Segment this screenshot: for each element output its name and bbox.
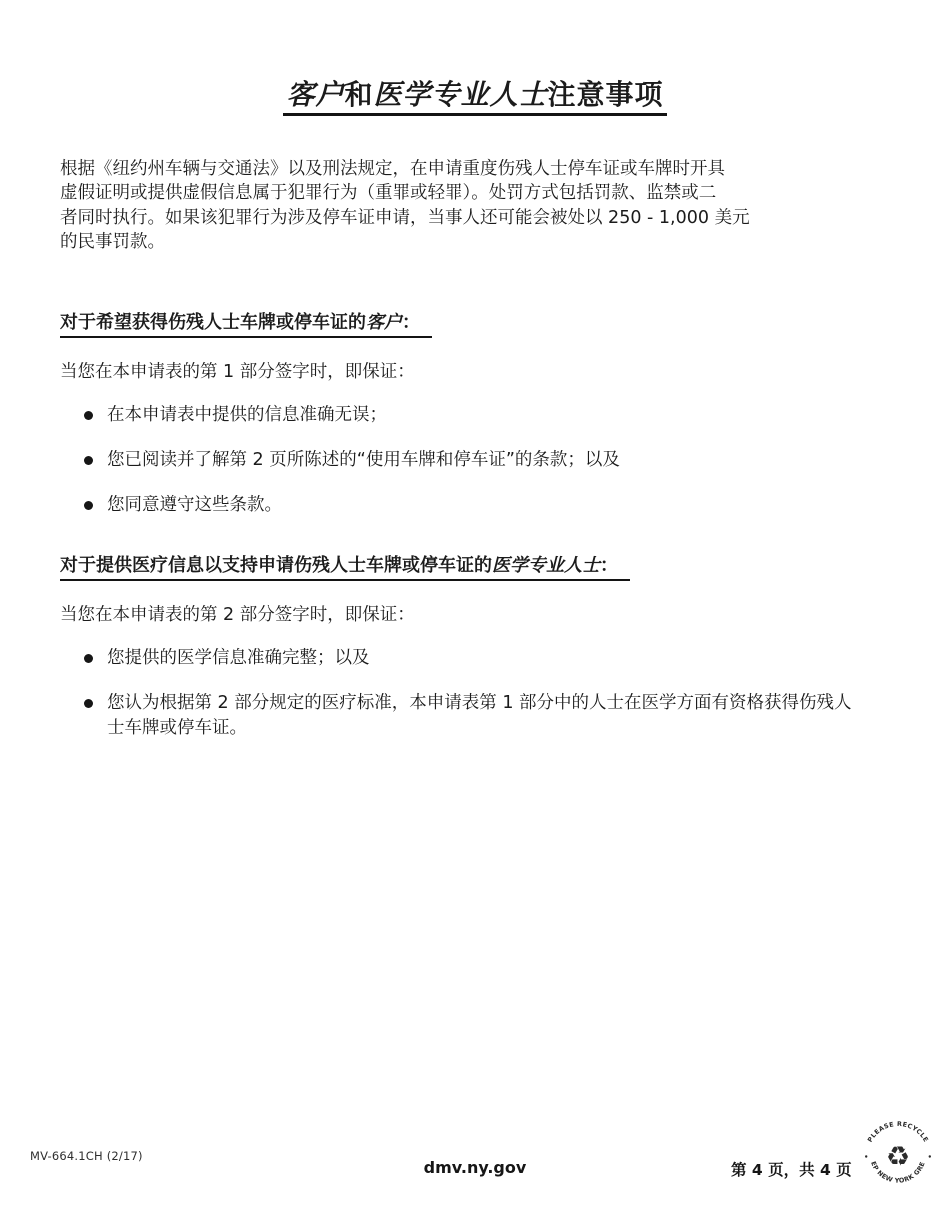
section-heading-customers: 对于希望获得伤残人士车牌或停车证的客户： <box>60 310 890 338</box>
recycle-logo: PLEASE RECYCLE KEEP NEW YORK GREEN ♻ <box>861 1119 935 1193</box>
bullet-text: 您已阅读并了解第 2 页所陈述的“使用车牌和停车证”的条款；以及 <box>107 448 620 473</box>
section-1-intro: 当您在本申请表的第 1 部分签字时，即保证： <box>60 360 890 385</box>
document-page: 客户和医学专业人士注意事项 根据《纽约州车辆与交通法》以及刑法规定，在申请重度伤… <box>0 0 950 1230</box>
list-item: 您同意遵守这些条款。 <box>60 493 890 518</box>
title-segment-medical-professionals: 医学专业人士 <box>374 78 548 111</box>
title-wrap: 客户和医学专业人士注意事项 <box>60 0 890 135</box>
section-heading-customers-underline: 对于希望获得伤残人士车牌或停车证的客户： <box>60 310 432 338</box>
section-1-heading-italic: 客户 <box>366 312 402 333</box>
bullet-icon <box>84 501 93 510</box>
bullet-icon <box>84 456 93 465</box>
section-2-heading-prefix: 对于提供医疗信息以支持申请伤残人士车牌或停车证的 <box>60 555 492 576</box>
intro-paragraph: 根据《纽约州车辆与交通法》以及刑法规定，在申请重度伤残人士停车证或车牌时开具 虚… <box>60 157 890 255</box>
section-1-heading-colon: ： <box>402 312 420 333</box>
section-heading-medical-professionals: 对于提供医疗信息以支持申请伤残人士车牌或停车证的医学专业人士： <box>60 553 890 581</box>
page-title: 客户和医学专业人士注意事项 <box>283 77 666 116</box>
list-item: 您已阅读并了解第 2 页所陈述的“使用车牌和停车证”的条款；以及 <box>60 448 890 473</box>
section-2-heading-italic: 医学专业人士 <box>492 555 600 576</box>
bullet-text: 您认为根据第 2 部分规定的医疗标准，本申请表第 1 部分中的人士在医学方面有资… <box>107 691 852 740</box>
bullet-icon <box>84 654 93 663</box>
list-item: 您认为根据第 2 部分规定的医疗标准，本申请表第 1 部分中的人士在医学方面有资… <box>60 691 890 740</box>
recycle-logo-right-dot <box>929 1155 931 1157</box>
section-1-heading-prefix: 对于希望获得伤残人士车牌或停车证的 <box>60 312 366 333</box>
document-content: 客户和医学专业人士注意事项 根据《纽约州车辆与交通法》以及刑法规定，在申请重度伤… <box>0 0 950 740</box>
recycle-logo-left-dot <box>865 1155 867 1157</box>
section-2-heading-colon: ： <box>600 555 618 576</box>
bullet-icon <box>84 411 93 420</box>
bullet-icon <box>84 699 93 708</box>
section-2-intro: 当您在本申请表的第 2 部分签字时，即保证： <box>60 603 890 628</box>
list-item: 在本申请表中提供的信息准确无误； <box>60 403 890 428</box>
title-segment-notice: 注意事项 <box>548 78 664 111</box>
recycle-icon: ♻ <box>886 1142 910 1173</box>
title-segment-customers: 客户 <box>286 78 344 111</box>
recycle-logo-top-text: PLEASE RECYCLE <box>866 1120 930 1144</box>
section-heading-medical-underline: 对于提供医疗信息以支持申请伤残人士车牌或停车证的医学专业人士： <box>60 553 630 581</box>
list-item: 您提供的医学信息准确完整；以及 <box>60 646 890 671</box>
bullet-text: 您同意遵守这些条款。 <box>107 493 282 518</box>
bullet-text: 在本申请表中提供的信息准确无误； <box>107 403 387 428</box>
title-segment-and: 和 <box>344 78 373 111</box>
page-indicator: 第 4 页，共 4 页 <box>731 1158 852 1180</box>
section-1-bullet-list: 在本申请表中提供的信息准确无误； 您已阅读并了解第 2 页所陈述的“使用车牌和停… <box>60 403 890 518</box>
svg-text:PLEASE RECYCLE: PLEASE RECYCLE <box>866 1120 930 1144</box>
bullet-text: 您提供的医学信息准确完整；以及 <box>107 646 370 671</box>
section-2-bullet-list: 您提供的医学信息准确完整；以及 您认为根据第 2 部分规定的医疗标准，本申请表第… <box>60 646 890 740</box>
